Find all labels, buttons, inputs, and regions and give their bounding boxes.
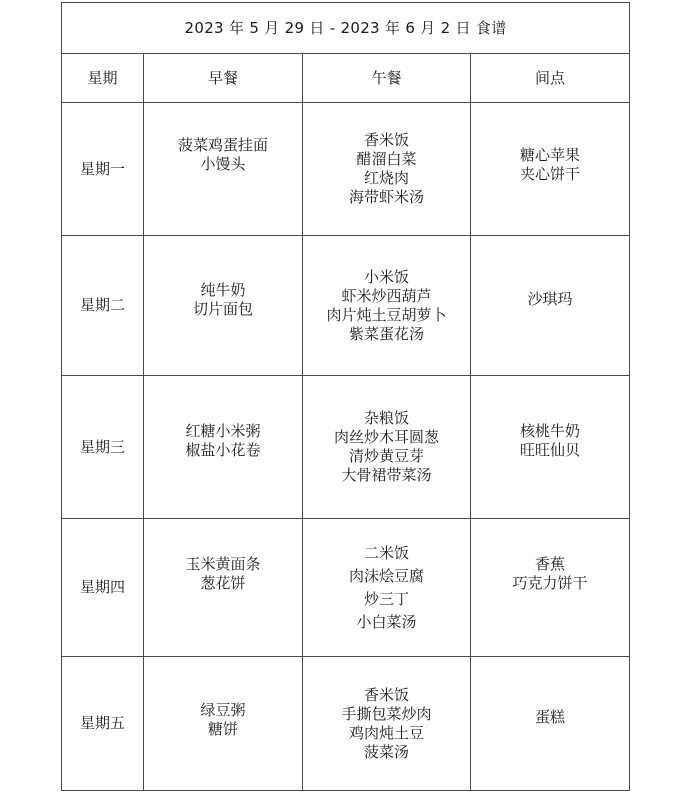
menu-item: 香米饭 [341,686,431,705]
menu-item: 沙琪玛 [528,290,573,309]
table-row-wednesday: 星期三 红糖小米粥 椒盐小花卷 杂粮饭 肉丝炒木耳圆葱 清炒黄豆芽 大骨裙带菜汤… [62,376,630,519]
menu-item: 醋溜白菜 [349,150,424,169]
menu-item: 虾米炒西葫芦 [326,287,446,306]
header-snack: 间点 [471,54,630,103]
table-row-thursday: 星期四 玉米黄面条 葱花饼 二米饭 肉沫烩豆腐 炒三丁 小白菜汤 香蕉 巧克力饼… [62,519,630,657]
menu-item: 糖心苹果 [520,146,580,165]
snack-cell: 沙琪玛 [471,236,630,376]
menu-item: 小米饭 [326,268,446,287]
menu-item: 红糖小米粥 [185,422,260,441]
table-row-tuesday: 星期二 纯牛奶 切片面包 小米饭 虾米炒西葫芦 肉片炖土豆胡萝卜 紫菜蛋花汤 沙… [62,236,630,376]
breakfast-cell: 玉米黄面条 葱花饼 [144,519,303,657]
weekly-menu-table: 2023 年 5 月 29 日 - 2023 年 6 月 2 日 食谱 星期 早… [61,2,630,791]
lunch-cell: 二米饭 肉沫烩豆腐 炒三丁 小白菜汤 [303,519,471,657]
snack-cell: 核桃牛奶 旺旺仙贝 [471,376,630,519]
table-row-monday: 星期一 菠菜鸡蛋挂面 小馒头 香米饭 醋溜白菜 红烧肉 海带虾米汤 糖心苹果 夹… [62,103,630,236]
menu-item: 旺旺仙贝 [520,441,580,460]
lunch-cell: 香米饭 手撕包菜炒肉 鸡肉炖土豆 菠菜汤 [303,657,471,791]
menu-item: 肉片炖土豆胡萝卜 [326,306,446,325]
menu-item: 核桃牛奶 [520,422,580,441]
menu-item: 小白菜汤 [349,611,424,634]
day-cell: 星期五 [62,657,144,791]
day-cell: 星期三 [62,376,144,519]
title-row: 2023 年 5 月 29 日 - 2023 年 6 月 2 日 食谱 [62,3,630,54]
menu-item: 切片面包 [193,300,253,319]
menu-item: 香米饭 [349,131,424,150]
menu-item: 糖饼 [200,720,245,739]
menu-item: 肉沫烩豆腐 [349,565,424,588]
menu-item: 红烧肉 [349,169,424,188]
breakfast-cell: 纯牛奶 切片面包 [144,236,303,376]
menu-item: 菠菜鸡蛋挂面 [178,136,268,155]
menu-item: 手撕包菜炒肉 [341,705,431,724]
menu-item: 纯牛奶 [193,281,253,300]
menu-item: 夹心饼干 [520,165,580,184]
menu-item: 菠菜汤 [341,743,431,762]
snack-cell: 香蕉 巧克力饼干 [471,519,630,657]
lunch-cell: 杂粮饭 肉丝炒木耳圆葱 清炒黄豆芽 大骨裙带菜汤 [303,376,471,519]
menu-item: 大骨裙带菜汤 [334,466,439,485]
breakfast-cell: 菠菜鸡蛋挂面 小馒头 [144,103,303,236]
menu-item: 清炒黄豆芽 [334,447,439,466]
menu-item: 海带虾米汤 [349,188,424,207]
day-cell: 星期一 [62,103,144,236]
header-day: 星期 [62,54,144,103]
menu-item: 鸡肉炖土豆 [341,724,431,743]
day-cell: 星期四 [62,519,144,657]
menu-item: 玉米黄面条 [185,555,260,574]
menu-item: 椒盐小花卷 [185,441,260,460]
menu-title: 2023 年 5 月 29 日 - 2023 年 6 月 2 日 食谱 [62,3,630,54]
menu-item: 葱花饼 [185,574,260,593]
menu-item: 肉丝炒木耳圆葱 [334,428,439,447]
snack-cell: 糖心苹果 夹心饼干 [471,103,630,236]
snack-cell: 蛋糕 [471,657,630,791]
lunch-cell: 小米饭 虾米炒西葫芦 肉片炖土豆胡萝卜 紫菜蛋花汤 [303,236,471,376]
menu-item: 蛋糕 [535,708,565,727]
breakfast-cell: 红糖小米粥 椒盐小花卷 [144,376,303,519]
day-cell: 星期二 [62,236,144,376]
menu-item: 炒三丁 [349,588,424,611]
menu-item: 香蕉 [513,555,588,574]
table-row-friday: 星期五 绿豆粥 糖饼 香米饭 手撕包菜炒肉 鸡肉炖土豆 菠菜汤 蛋糕 [62,657,630,791]
header-row: 星期 早餐 午餐 间点 [62,54,630,103]
menu-item: 二米饭 [349,542,424,565]
header-lunch: 午餐 [303,54,471,103]
menu-item: 巧克力饼干 [513,574,588,593]
menu-item: 杂粮饭 [334,409,439,428]
menu-item: 绿豆粥 [200,701,245,720]
header-breakfast: 早餐 [144,54,303,103]
menu-item: 小馒头 [178,155,268,174]
lunch-cell: 香米饭 醋溜白菜 红烧肉 海带虾米汤 [303,103,471,236]
breakfast-cell: 绿豆粥 糖饼 [144,657,303,791]
menu-item: 紫菜蛋花汤 [326,325,446,344]
